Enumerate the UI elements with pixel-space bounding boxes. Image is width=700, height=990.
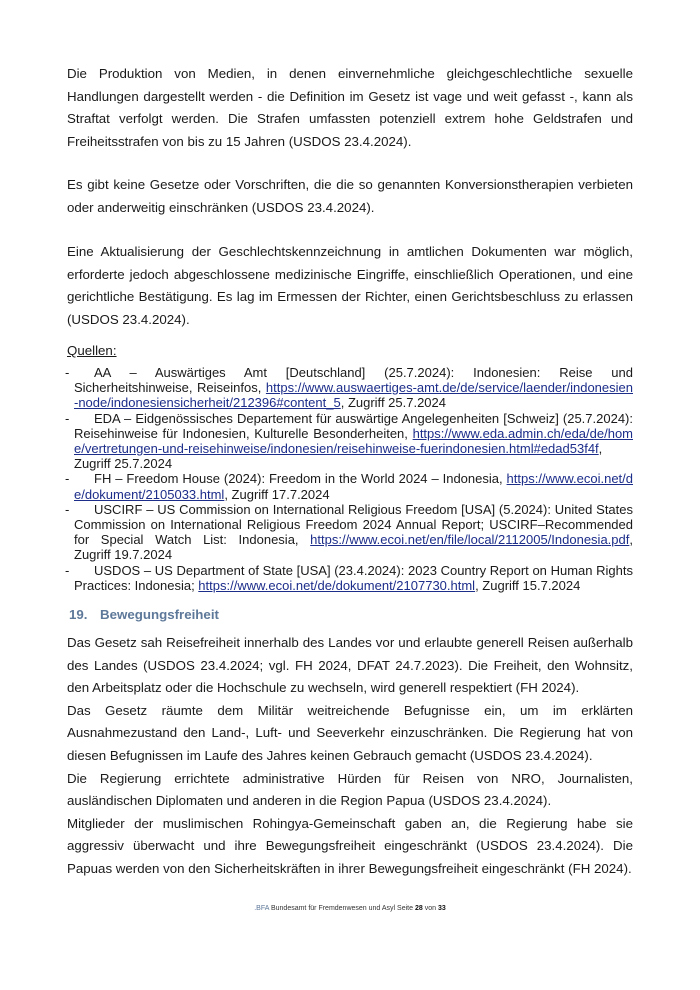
bullet-dash: - [65, 502, 69, 517]
source-link-uscirf[interactable]: https://www.ecoi.net/en/file/local/21120… [310, 532, 629, 547]
footer-page-number: 28 [415, 905, 423, 912]
footer-logo: .BFA [254, 905, 269, 912]
footer-page-label: Seite [397, 905, 413, 912]
footer-page-total: 33 [438, 905, 446, 912]
paragraph-media-production: Die Produktion von Medien, in denen einv… [67, 63, 633, 153]
source-item-fh: -FH – Freedom House (2024): Freedom in t… [67, 471, 633, 501]
bullet-dash: - [65, 563, 69, 578]
sources-list: -AA – Auswärtiges Amt [Deutschland] (25.… [67, 365, 633, 593]
footer-of-label: von [425, 905, 436, 912]
source-item-aa: -AA – Auswärtiges Amt [Deutschland] (25.… [67, 365, 633, 411]
paragraph-travel-freedom: Das Gesetz sah Reisefreiheit innerhalb d… [67, 632, 633, 700]
source-link-usdos[interactable]: https://www.ecoi.net/de/dokument/2107730… [198, 578, 475, 593]
bullet-dash: - [65, 411, 69, 426]
section-body: Das Gesetz sah Reisefreiheit innerhalb d… [67, 632, 633, 881]
section-heading: 19.Bewegungsfreiheit [69, 607, 219, 622]
paragraph-gender-marker: Eine Aktualisierung der Geschlechtskennz… [67, 241, 633, 331]
source-access-date: , Zugriff 15.7.2024 [475, 578, 580, 593]
source-access-date: , Zugriff 17.7.2024 [224, 487, 329, 502]
section-title: Bewegungsfreiheit [100, 607, 219, 622]
source-item-uscirf: -USCIRF – US Commission on International… [67, 502, 633, 563]
source-item-usdos: -USDOS – US Department of State [USA] (2… [67, 563, 633, 593]
paragraph-rohingya: Mitglieder der muslimischen Rohingya-Gem… [67, 813, 633, 881]
paragraph-papua-barriers: Die Regierung errichtete administrative … [67, 768, 633, 813]
paragraph-conversion-therapy: Es gibt keine Gesetze oder Vorschriften,… [67, 174, 633, 219]
bullet-dash: - [65, 365, 69, 380]
source-text: FH – Freedom House (2024): Freedom in th… [94, 471, 507, 486]
paragraph-military-powers: Das Gesetz räumte dem Militär weitreiche… [67, 700, 633, 768]
page-footer: .BFA Bundesamt für Fremdenwesen und Asyl… [0, 905, 700, 912]
source-item-eda: -EDA – Eidgenössisches Departement für a… [67, 411, 633, 472]
sources-title: Quellen: [67, 343, 117, 358]
bullet-dash: - [65, 471, 69, 486]
footer-org: Bundesamt für Fremdenwesen und Asyl [271, 905, 395, 912]
source-access-date: , Zugriff 25.7.2024 [341, 395, 446, 410]
section-number: 19. [69, 607, 100, 622]
